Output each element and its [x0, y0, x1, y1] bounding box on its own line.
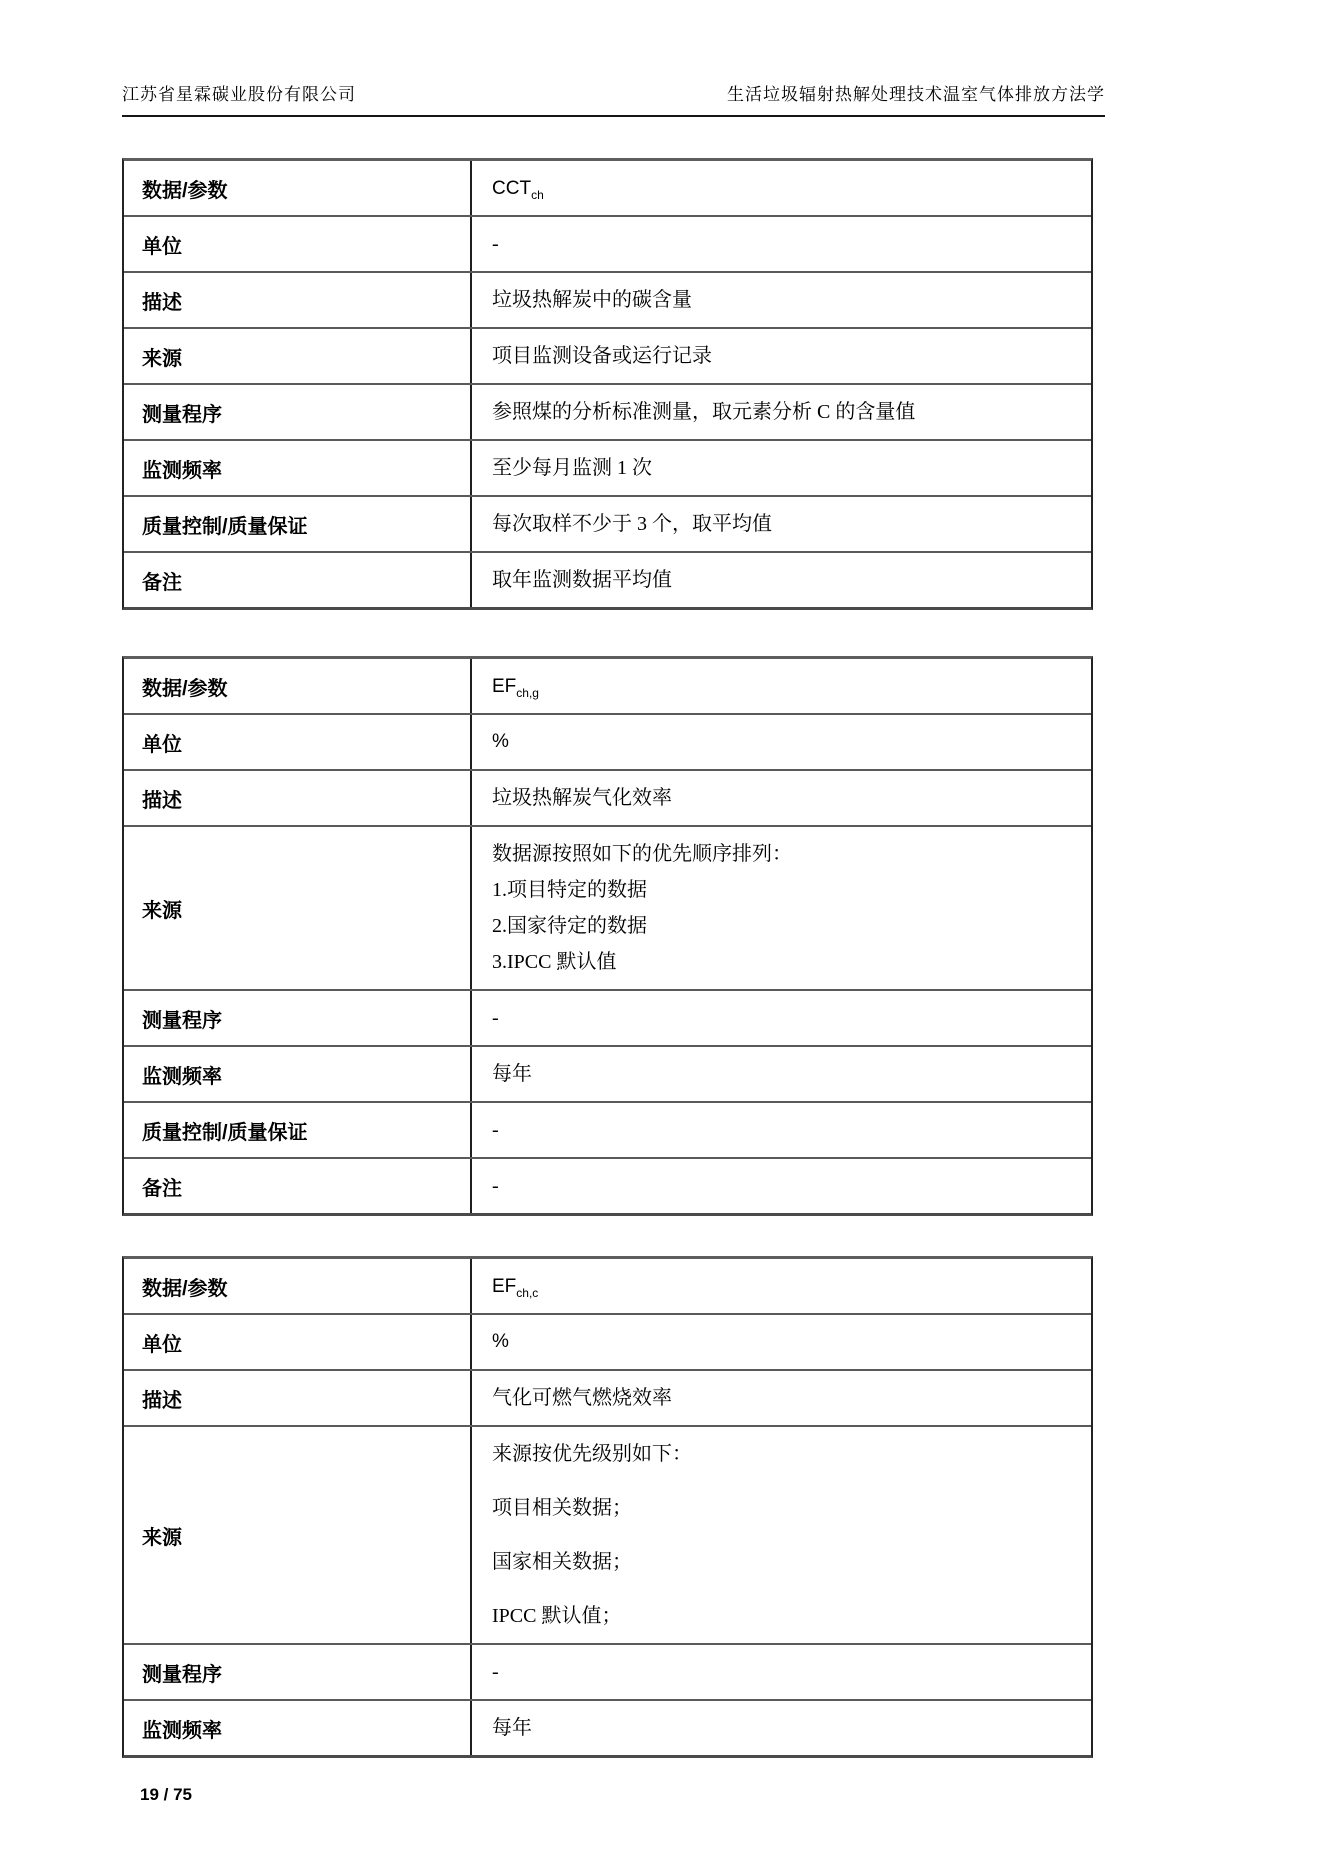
- row-value: 垃圾热解炭气化效率: [472, 771, 1091, 825]
- row-value: 参照煤的分析标准测量，取元素分析 C 的含量值: [472, 385, 1091, 439]
- parameter-symbol: EFch,c: [492, 1271, 538, 1302]
- row-label: 单位: [124, 217, 472, 271]
- row-label: 描述: [124, 1371, 472, 1425]
- parameter-table-ef-ch-g: 数据/参数 EFch,g 单位 % 描述 垃圾热解炭气化效率 来源 数据源按照如…: [122, 656, 1093, 1216]
- row-value: 来源按优先级别如下： 项目相关数据； 国家相关数据； IPCC 默认值；: [472, 1427, 1091, 1643]
- row-label: 测量程序: [124, 991, 472, 1045]
- table-row: 描述 垃圾热解炭气化效率: [124, 769, 1091, 825]
- row-label: 质量控制/质量保证: [124, 497, 472, 551]
- table-row: 描述 气化可燃气燃烧效率: [124, 1369, 1091, 1425]
- row-value: 每年: [472, 1047, 1091, 1101]
- page-header: 江苏省星霖碳业股份有限公司 生活垃圾辐射热解处理技术温室气体排放方法学: [122, 0, 1105, 105]
- parameter-table-cct-ch: 数据/参数 CCTch 单位 - 描述 垃圾热解炭中的碳含量 来源 项目监测设备…: [122, 158, 1093, 610]
- row-value: -: [472, 991, 1091, 1045]
- table-row: 备注 取年监测数据平均值: [124, 551, 1091, 607]
- row-label: 监测频率: [124, 1701, 472, 1755]
- table-row: 数据/参数 EFch,g: [124, 659, 1091, 713]
- row-label: 质量控制/质量保证: [124, 1103, 472, 1157]
- table-row: 来源 项目监测设备或运行记录: [124, 327, 1091, 383]
- table-row: 单位 -: [124, 215, 1091, 271]
- row-value: 数据源按照如下的优先顺序排列： 1.项目特定的数据 2.国家待定的数据 3.IP…: [472, 827, 1091, 989]
- row-value: 垃圾热解炭中的碳含量: [472, 273, 1091, 327]
- row-label: 单位: [124, 715, 472, 769]
- row-value: 气化可燃气燃烧效率: [472, 1371, 1091, 1425]
- parameter-table-ef-ch-c: 数据/参数 EFch,c 单位 % 描述 气化可燃气燃烧效率 来源 来源按优先级…: [122, 1256, 1093, 1758]
- source-priority-list: 来源按优先级别如下： 项目相关数据； 国家相关数据； IPCC 默认值；: [492, 1436, 1079, 1634]
- source-priority-list: 数据源按照如下的优先顺序排列： 1.项目特定的数据 2.国家待定的数据 3.IP…: [492, 836, 1079, 980]
- table-row: 测量程序 参照煤的分析标准测量，取元素分析 C 的含量值: [124, 383, 1091, 439]
- row-label: 数据/参数: [124, 161, 472, 215]
- row-label: 描述: [124, 771, 472, 825]
- row-value: -: [472, 1103, 1091, 1157]
- table-row: 监测频率 每年: [124, 1699, 1091, 1755]
- row-value: 至少每月监测 1 次: [472, 441, 1091, 495]
- table-row: 单位 %: [124, 713, 1091, 769]
- table-row: 来源 来源按优先级别如下： 项目相关数据； 国家相关数据； IPCC 默认值；: [124, 1425, 1091, 1643]
- row-value: CCTch: [472, 161, 1091, 215]
- row-label: 数据/参数: [124, 1259, 472, 1313]
- table-row: 描述 垃圾热解炭中的碳含量: [124, 271, 1091, 327]
- header-company: 江苏省星霖碳业股份有限公司: [122, 80, 356, 105]
- row-label: 监测频率: [124, 441, 472, 495]
- table-row: 测量程序 -: [124, 1643, 1091, 1699]
- header-divider: [122, 115, 1105, 117]
- table-row: 监测频率 至少每月监测 1 次: [124, 439, 1091, 495]
- table-row: 质量控制/质量保证 -: [124, 1101, 1091, 1157]
- table-row: 监测频率 每年: [124, 1045, 1091, 1101]
- table-row: 数据/参数 EFch,c: [124, 1259, 1091, 1313]
- row-value: 每年: [472, 1701, 1091, 1755]
- row-label: 测量程序: [124, 385, 472, 439]
- row-value: 取年监测数据平均值: [472, 553, 1091, 607]
- row-value: %: [472, 1315, 1091, 1369]
- parameter-symbol: EFch,g: [492, 671, 539, 702]
- row-label: 备注: [124, 1159, 472, 1213]
- row-value: 每次取样不少于 3 个，取平均值: [472, 497, 1091, 551]
- table-row: 来源 数据源按照如下的优先顺序排列： 1.项目特定的数据 2.国家待定的数据 3…: [124, 825, 1091, 989]
- row-value: 项目监测设备或运行记录: [472, 329, 1091, 383]
- row-value: EFch,c: [472, 1259, 1091, 1313]
- row-value: %: [472, 715, 1091, 769]
- row-label: 来源: [124, 329, 472, 383]
- table-row: 测量程序 -: [124, 989, 1091, 1045]
- row-value: -: [472, 1159, 1091, 1213]
- parameter-symbol: CCTch: [492, 173, 544, 204]
- row-label: 单位: [124, 1315, 472, 1369]
- table-row: 单位 %: [124, 1313, 1091, 1369]
- row-value: EFch,g: [472, 659, 1091, 713]
- table-row: 备注 -: [124, 1157, 1091, 1213]
- page-content: 江苏省星霖碳业股份有限公司 生活垃圾辐射热解处理技术温室气体排放方法学 数据/参…: [122, 0, 1105, 1805]
- row-label: 监测频率: [124, 1047, 472, 1101]
- row-label: 来源: [124, 827, 472, 989]
- row-label: 描述: [124, 273, 472, 327]
- page-number: 19 / 75: [122, 1785, 1105, 1805]
- row-value: -: [472, 217, 1091, 271]
- row-label: 备注: [124, 553, 472, 607]
- header-doc-title: 生活垃圾辐射热解处理技术温室气体排放方法学: [727, 80, 1105, 105]
- table-row: 数据/参数 CCTch: [124, 161, 1091, 215]
- row-value: -: [472, 1645, 1091, 1699]
- row-label: 测量程序: [124, 1645, 472, 1699]
- row-label: 数据/参数: [124, 659, 472, 713]
- table-row: 质量控制/质量保证 每次取样不少于 3 个，取平均值: [124, 495, 1091, 551]
- row-label: 来源: [124, 1427, 472, 1643]
